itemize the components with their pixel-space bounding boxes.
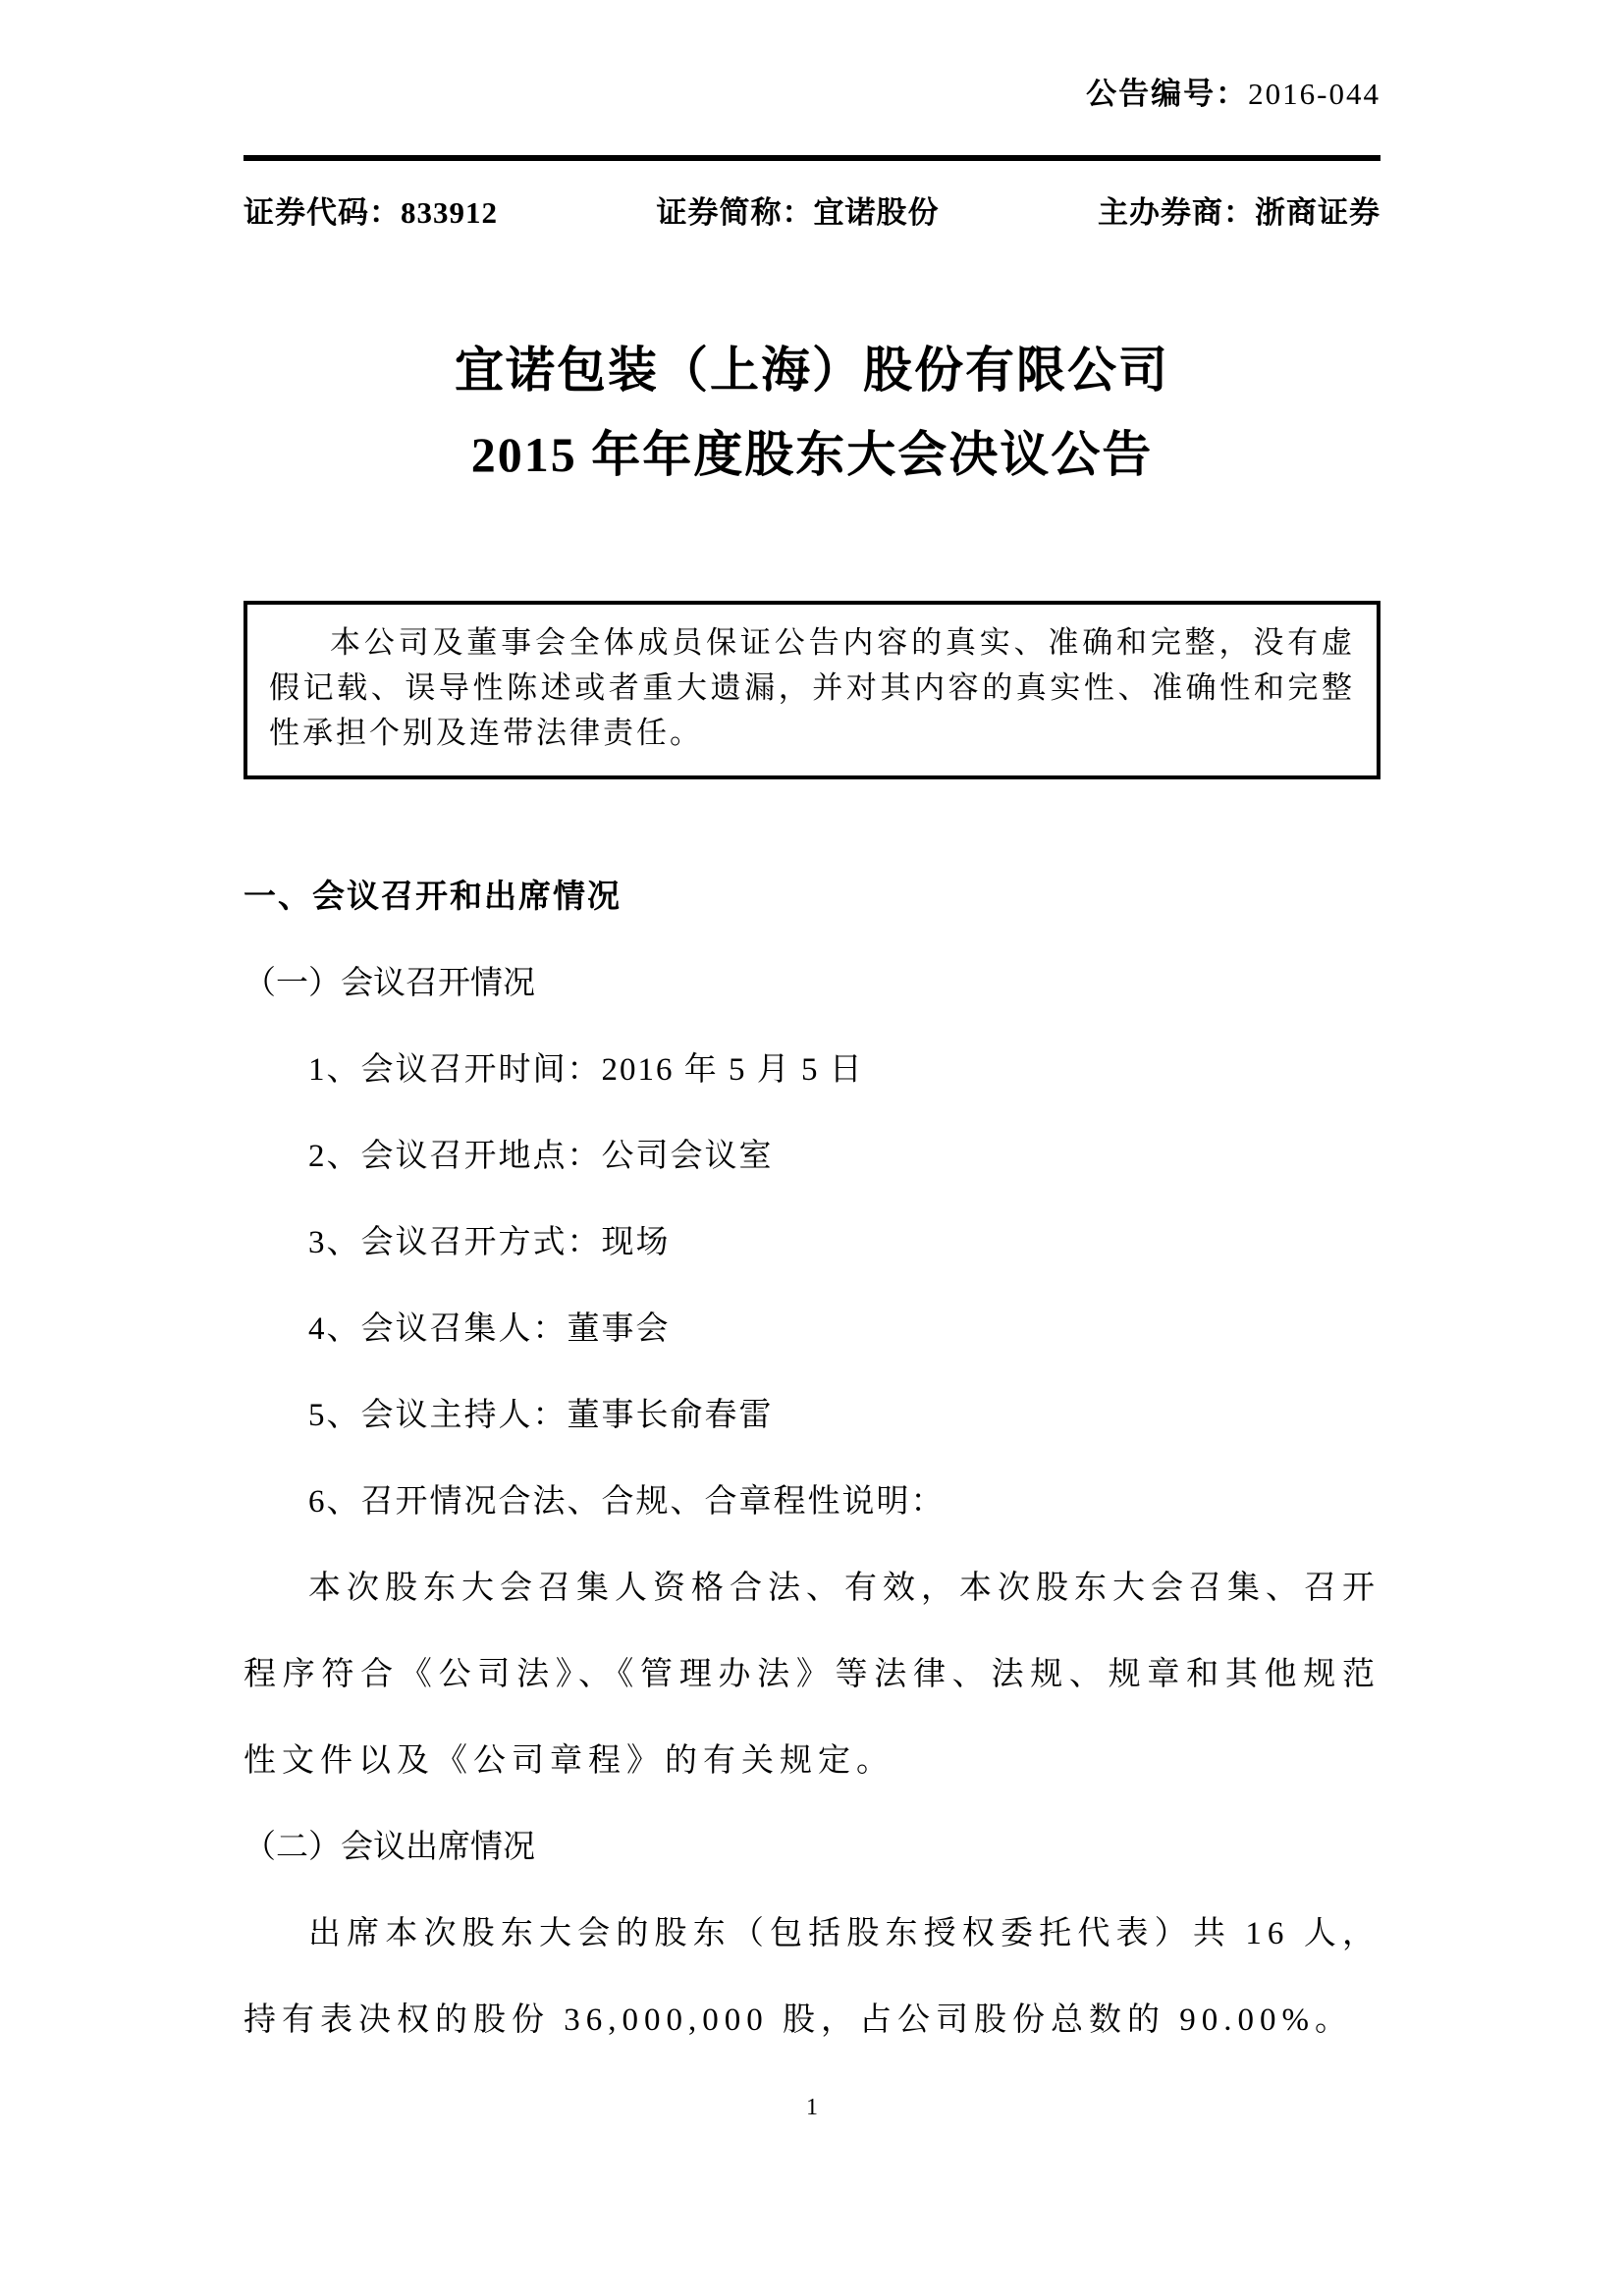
disclaimer-box: 本公司及董事会全体成员保证公告内容的真实、准确和完整，没有虚假记载、误导性陈述或… xyxy=(244,601,1380,779)
document-page: 公告编号：2016-044 证券代码：833912 证券简称：宜诺股份 主办券商… xyxy=(0,0,1624,2296)
stock-code-field: 证券代码：833912 xyxy=(244,192,498,234)
stock-shortname-value: 宜诺股份 xyxy=(814,195,940,230)
securities-info-row: 证券代码：833912 证券简称：宜诺股份 主办券商：浙商证券 xyxy=(244,192,1380,234)
announcement-number-label: 公告编号： xyxy=(1086,77,1248,111)
document-body: 一、会议召开和出席情况 （一）会议召开情况 1、会议召开时间：2016 年 5 … xyxy=(244,854,1380,2063)
page-number: 1 xyxy=(244,2093,1380,2122)
announcement-number-line: 公告编号：2016-044 xyxy=(244,0,1380,114)
header-divider-rule xyxy=(244,155,1380,161)
stock-code-label: 证券代码： xyxy=(244,195,401,230)
stock-code-value: 833912 xyxy=(401,195,498,230)
subsection-1-2-heading: （二）会议出席情况 xyxy=(244,1804,1380,1891)
meeting-detail-item-time: 1、会议召开时间：2016 年 5 月 5 日 xyxy=(244,1027,1380,1113)
attendance-paragraph: 出席本次股东大会的股东（包括股东授权委托代表）共 16 人，持有表决权的股份 3… xyxy=(244,1891,1380,2063)
meeting-detail-item-method: 3、会议召开方式：现场 xyxy=(244,1200,1380,1286)
sponsor-label: 主办券商： xyxy=(1098,195,1255,230)
disclaimer-text: 本公司及董事会全体成员保证公告内容的真实、准确和完整，没有虚假记载、误导性陈述或… xyxy=(269,620,1355,756)
stock-shortname-field: 证券简称：宜诺股份 xyxy=(657,192,940,234)
stock-shortname-label: 证券简称： xyxy=(657,195,814,230)
document-title-line-2: 2015 年年度股东大会决议公告 xyxy=(244,412,1380,497)
meeting-detail-item-convener: 4、会议召集人：董事会 xyxy=(244,1286,1380,1372)
section-1-heading: 一、会议召开和出席情况 xyxy=(244,854,1380,940)
document-title-line-1: 宜诺包装（上海）股份有限公司 xyxy=(244,328,1380,412)
legality-paragraph: 本次股东大会召集人资格合法、有效，本次股东大会召集、召开程序符合《公司法》、《管… xyxy=(244,1545,1380,1804)
meeting-detail-item-legality-label: 6、召开情况合法、合规、合章程性说明： xyxy=(244,1459,1380,1545)
meeting-detail-item-place: 2、会议召开地点：公司会议室 xyxy=(244,1113,1380,1200)
subsection-1-1-heading: （一）会议召开情况 xyxy=(244,940,1380,1027)
meeting-detail-item-host: 5、会议主持人：董事长俞春雷 xyxy=(244,1372,1380,1459)
sponsor-value: 浙商证券 xyxy=(1255,195,1380,230)
document-title: 宜诺包装（上海）股份有限公司 2015 年年度股东大会决议公告 xyxy=(244,328,1380,497)
announcement-number-value: 2016-044 xyxy=(1248,77,1380,111)
sponsor-field: 主办券商：浙商证券 xyxy=(1098,192,1380,234)
